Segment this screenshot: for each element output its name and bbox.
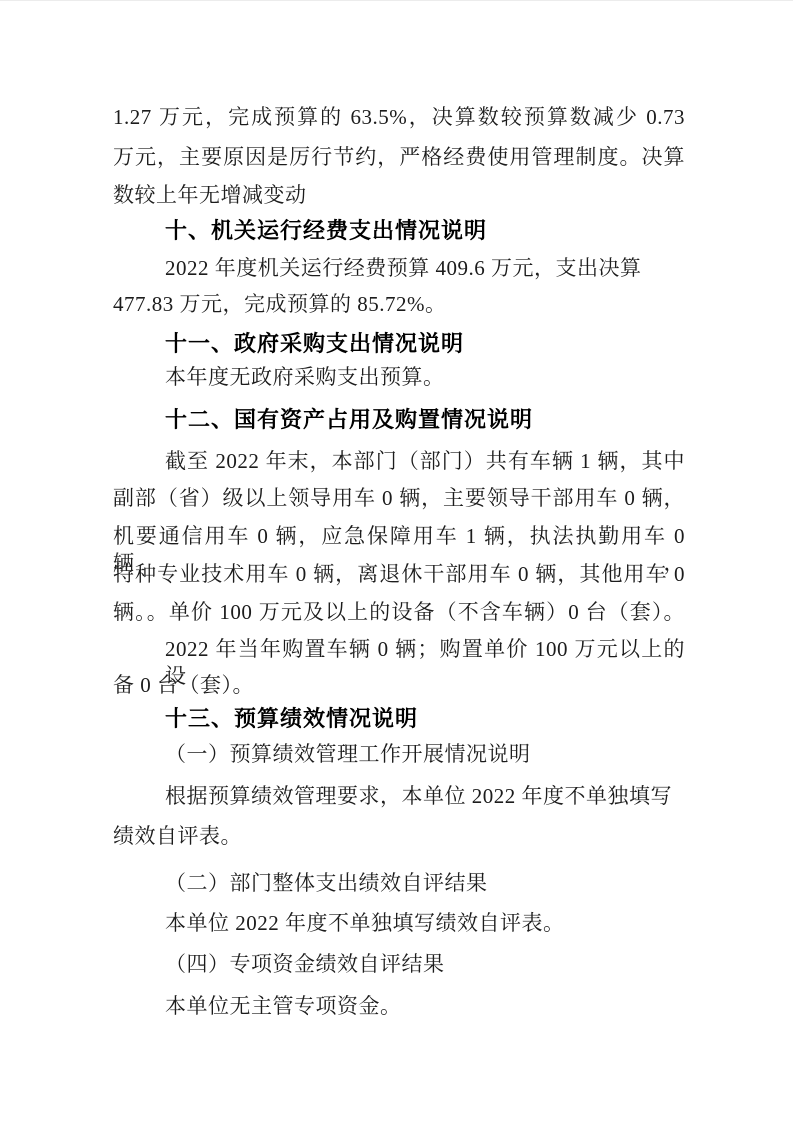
- section-heading: 十三、预算绩效情况说明: [113, 705, 685, 732]
- text-line: 477.83 万元，完成预算的 85.72%。: [113, 291, 685, 318]
- text-line: （二）部门整体支出绩效自评结果: [113, 870, 685, 897]
- text-line: （一）预算绩效管理工作开展情况说明: [113, 741, 685, 768]
- text-line: 数较上年无增减变动: [113, 182, 685, 209]
- text-line: （四）专项资金绩效自评结果: [113, 951, 685, 978]
- text-line: 副部（省）级以上领导用车 0 辆，主要领导干部用车 0 辆，: [113, 485, 685, 512]
- text-line: 本年度无政府采购支出预算。: [113, 364, 685, 391]
- text-line: 万元，主要原因是厉行节约，严格经费使用管理制度。决算: [113, 144, 685, 171]
- text-line: 根据预算绩效管理要求，本单位 2022 年度不单独填写: [113, 783, 685, 810]
- text-line: 1.27 万元，完成预算的 63.5%，决算数较预算数减少 0.73: [113, 104, 685, 131]
- document-page: 1.27 万元，完成预算的 63.5%，决算数较预算数减少 0.73万元，主要原…: [0, 0, 793, 1123]
- text-line: 截至 2022 年末，本部门（部门）共有车辆 1 辆，其中: [113, 448, 685, 475]
- text-line: 本单位 2022 年度不单独填写绩效自评表。: [113, 910, 685, 937]
- text-line: 辆。。单价 100 万元及以上的设备（不含车辆）0 台（套）。: [113, 599, 685, 626]
- text-line: 备 0 台（套）。: [113, 672, 685, 699]
- section-heading: 十一、政府采购支出情况说明: [113, 330, 685, 357]
- section-heading: 十、机关运行经费支出情况说明: [113, 217, 685, 244]
- text-line: 本单位无主管专项资金。: [113, 993, 685, 1020]
- text-line: 绩效自评表。: [113, 823, 685, 850]
- section-heading: 十二、国有资产占用及购置情况说明: [113, 406, 685, 433]
- text-line: 特种专业技术用车 0 辆，离退休干部用车 0 辆，其他用车 0: [113, 561, 685, 588]
- text-line: 2022 年度机关运行经费预算 409.6 万元，支出决算: [113, 255, 685, 282]
